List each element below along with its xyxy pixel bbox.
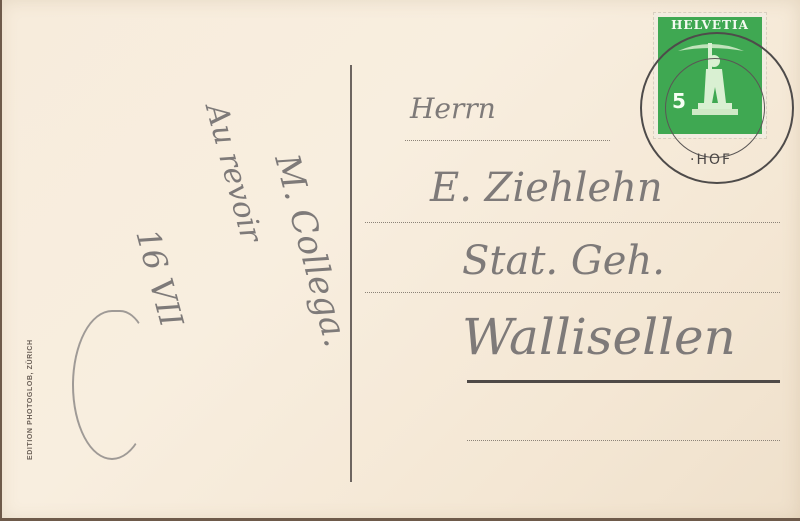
message-farewell: Au revoir <box>198 100 268 246</box>
center-divider-line <box>350 65 352 482</box>
address-line-2 <box>365 222 780 223</box>
address-line-1 <box>405 140 610 141</box>
address-town: Wallisellen <box>462 308 736 366</box>
card-edge-left <box>0 0 2 521</box>
message-date: 16 VII <box>128 225 190 331</box>
address-line-5 <box>467 440 780 441</box>
address-station: Stat. Geh. <box>462 238 665 284</box>
address-name: E. Ziehlehn <box>430 165 663 211</box>
publisher-imprint: EDITION PHOTOGLOB, ZÜRICH <box>27 339 34 460</box>
address-line-3 <box>365 292 780 293</box>
postmark-text: ·HOF <box>690 152 732 168</box>
postmark-inner-ring <box>665 58 765 158</box>
postcard-back: EDITION PHOTOGLOB, ZÜRICH HELVETIA 5 ·HO… <box>0 0 800 521</box>
address-underline-solid <box>467 380 780 383</box>
message-greeting: M. Collega. <box>266 150 356 351</box>
signature-flourish <box>72 310 152 460</box>
address-salutation: Herrn <box>410 92 496 125</box>
